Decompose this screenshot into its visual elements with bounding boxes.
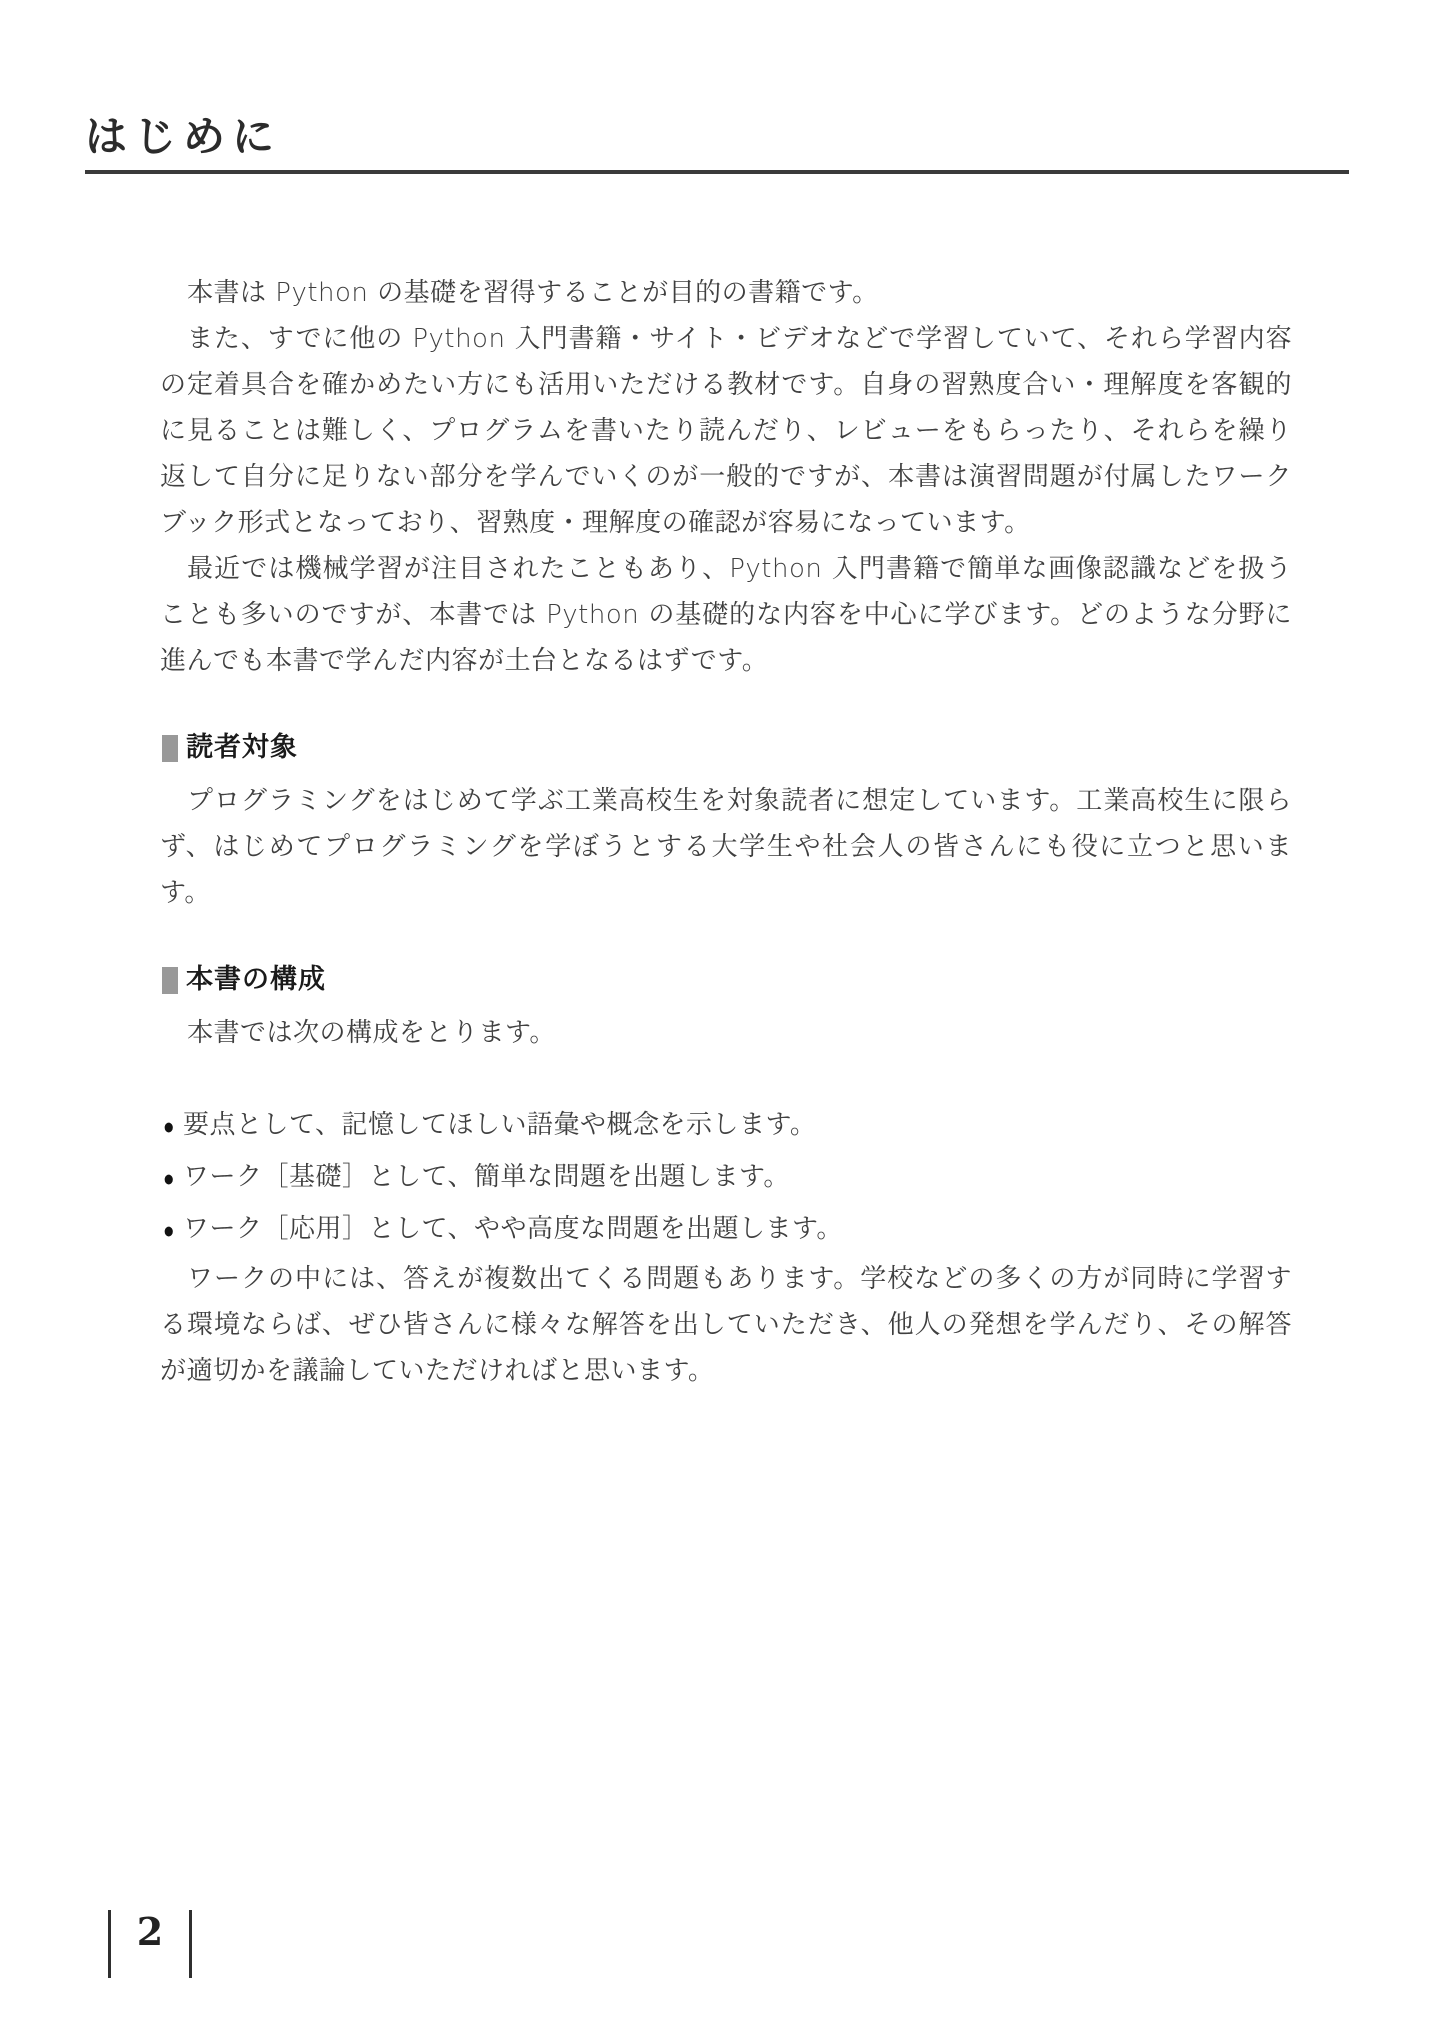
list-item: ● ワーク［基礎］として、簡単な問題を出題します。: [163, 1152, 1292, 1204]
list-item-text: 要点として、記憶してほしい語彙や概念を示します。: [183, 1100, 816, 1150]
heading-square-icon: [162, 967, 178, 994]
title-rule: [85, 170, 1349, 174]
footer-bar-right: [189, 1910, 192, 1978]
bullet-icon: ●: [163, 1149, 175, 1209]
page-content: 本書は Python の基礎を習得することが目的の書籍です。 また、すでに他の …: [160, 270, 1292, 1394]
page-footer: 2: [108, 1910, 192, 1978]
readers-paragraph: プログラミングをはじめて学ぶ工業高校生を対象読者に想定しています。工業高校生に限…: [160, 778, 1292, 916]
list-item: ● 要点として、記憶してほしい語彙や概念を示します。: [163, 1100, 1292, 1152]
structure-list: ● 要点として、記憶してほしい語彙や概念を示します。 ● ワーク［基礎］として、…: [163, 1100, 1292, 1256]
list-item-text: ワーク［基礎］として、簡単な問題を出題します。: [183, 1152, 790, 1202]
list-item-text: ワーク［応用］として、やや高度な問題を出題します。: [183, 1204, 843, 1254]
intro-paragraph: 最近では機械学習が注目されたこともあり、Python 入門書籍で簡単な画像認識な…: [160, 546, 1292, 684]
bullet-icon: ●: [163, 1201, 175, 1261]
section-heading-label: 読者対象: [186, 728, 298, 768]
book-page: はじめに 本書は Python の基礎を習得することが目的の書籍です。 また、す…: [0, 0, 1433, 2024]
closing-paragraph: ワークの中には、答えが複数出てくる問題もあります。学校などの多くの方が同時に学習…: [160, 1256, 1292, 1394]
page-title: はじめに: [85, 116, 281, 158]
section-heading-readers: 読者対象: [162, 728, 1292, 768]
section-heading-structure: 本書の構成: [162, 960, 1292, 1000]
list-item: ● ワーク［応用］として、やや高度な問題を出題します。: [163, 1204, 1292, 1256]
heading-square-icon: [162, 735, 178, 762]
section-heading-label: 本書の構成: [186, 960, 326, 1000]
intro-paragraph: 本書は Python の基礎を習得することが目的の書籍です。: [160, 270, 1292, 316]
bullet-icon: ●: [163, 1097, 175, 1157]
structure-paragraph: 本書では次の構成をとります。: [160, 1010, 1292, 1056]
intro-paragraph: また、すでに他の Python 入門書籍・サイト・ビデオなどで学習していて、それ…: [160, 316, 1292, 546]
page-number: 2: [108, 1910, 192, 1954]
